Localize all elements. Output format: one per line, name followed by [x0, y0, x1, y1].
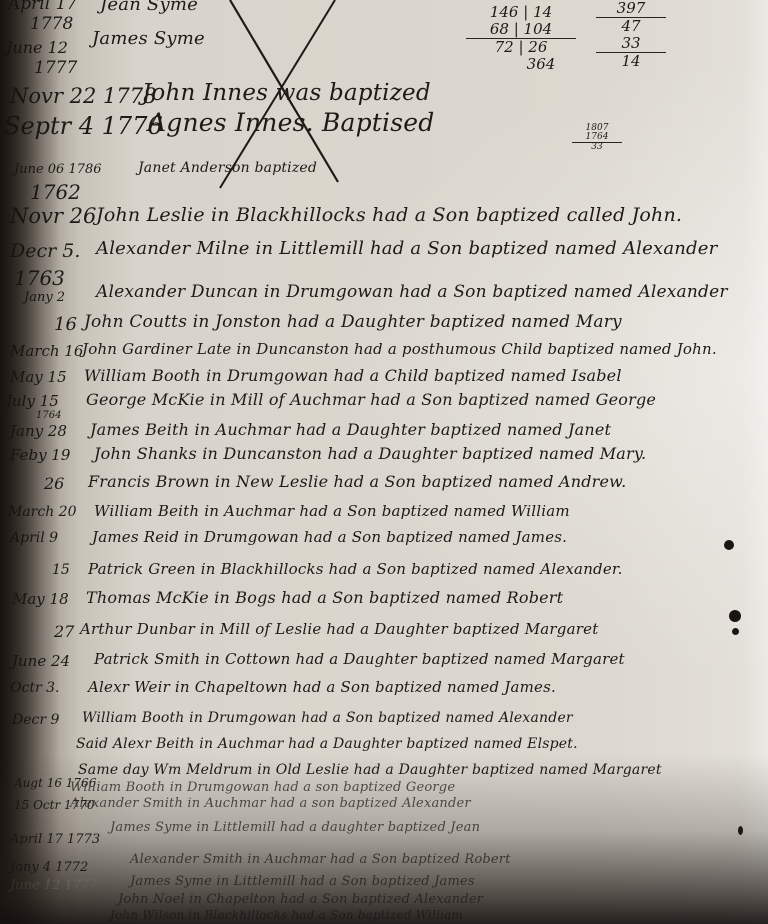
entry-text: John Coutts in Jonston had a Daughter ba… — [84, 312, 622, 332]
entry-date: 26 — [44, 474, 64, 493]
later-entry-text: Alexander Smith in Auchmar had a Son bap… — [130, 852, 511, 867]
calc-line: 146 | 14 — [490, 3, 552, 21]
calc-line: 364 — [527, 55, 556, 73]
entry-date: Decr 9 — [12, 712, 59, 728]
calc-line: 397 — [596, 0, 666, 17]
entry-date: May 15 — [10, 368, 67, 386]
top-entry-date: June 06 1786 — [14, 162, 102, 177]
manuscript-page: April 17 1778 Jean Syme June 12 1777 Jam… — [0, 0, 768, 924]
top-entry-text: James Syme — [92, 28, 205, 49]
entry-text: James Reid in Drumgowan had a Son baptiz… — [92, 528, 567, 546]
top-entry-text: Jean Syme — [100, 0, 198, 15]
ink-blot — [738, 826, 743, 835]
later-entry-date: June 12 1777 — [10, 878, 98, 893]
entry-date: June 24 — [12, 652, 70, 670]
ink-blot — [729, 610, 741, 622]
entry-date: Decr 5. — [10, 240, 80, 262]
calc-line: 33 — [572, 142, 622, 152]
calc-line: 1764 — [572, 133, 622, 142]
entry-text: William Booth in Drumgowan had a Son bap… — [82, 710, 573, 726]
entry-date: Jany 2 — [24, 290, 65, 305]
entry-text: Thomas McKie in Bogs had a Son baptized … — [86, 588, 563, 607]
entry-date: April 9 — [10, 530, 58, 546]
entry-text: Alexander Milne in Littlemill had a Son … — [96, 238, 717, 259]
entry-text: George McKie in Mill of Auchmar had a So… — [86, 390, 656, 409]
top-entry-date: Septr 4 1776 — [4, 112, 163, 140]
entry-text: William Booth in Drumgowan had a Child b… — [84, 366, 622, 385]
later-entry-text: James Syme in Littlemill had a daughter … — [110, 820, 480, 835]
entry-date: 15 — [52, 562, 70, 578]
calc-line: 72 | 26 — [495, 38, 548, 56]
entry-text: James Beith in Auchmar had a Daughter ba… — [90, 420, 611, 439]
ink-blot — [724, 540, 734, 550]
top-entry-date: Novr 22 1778 — [10, 84, 156, 108]
entry-text: Patrick Smith in Cottown had a Daughter … — [94, 650, 625, 668]
later-entry-text: James Syme in Littlemill had a Son bapti… — [130, 874, 475, 889]
calculation-right: 397 47 33 14 — [596, 0, 666, 70]
ink-blot — [732, 628, 739, 635]
entry-date: Octr 3. — [10, 680, 59, 696]
top-entry-text: Agnes Innes. Baptised — [148, 108, 434, 137]
entry-date: Feby 19 — [10, 446, 70, 464]
entry-date: March 20 — [8, 504, 77, 520]
later-entry-text: William Booth in Drumgowan had a son bap… — [70, 780, 455, 795]
top-entry-year: 1777 — [34, 58, 77, 78]
entry-text: Alexr Weir in Chapeltown had a Son bapti… — [88, 678, 556, 696]
top-entry-date: April 17 — [8, 0, 77, 14]
later-entry-text: John Noel in Chapelton had a Son baptize… — [118, 892, 483, 907]
entry-date: Jany 28 — [10, 422, 67, 440]
entry-year: 1764 — [36, 410, 61, 421]
calc-line: 47 — [596, 17, 666, 35]
calc-line: 14 — [596, 52, 666, 70]
entry-text: Alexander Duncan in Drumgowan had a Son … — [96, 282, 728, 302]
entry-text: John Shanks in Duncanston had a Daughter… — [94, 444, 646, 463]
entry-year: 1762 — [30, 180, 81, 204]
top-entry-date: June 12 — [6, 38, 68, 57]
calculation-left: 146 | 14 68 | 104 72 | 26 364 — [466, 4, 576, 73]
entry-text: John Leslie in Blackhillocks had a Son b… — [96, 204, 682, 226]
top-entry-year: 1778 — [30, 14, 73, 34]
entry-text: William Beith in Auchmar had a Son bapti… — [94, 502, 570, 520]
calc-line: 33 — [596, 35, 666, 52]
later-entry-date: April 17 1773 — [10, 832, 100, 847]
entry-date: 27 — [54, 622, 74, 641]
entry-year: 1763 — [14, 266, 65, 290]
entry-text: Said Alexr Beith in Auchmar had a Daught… — [76, 736, 578, 752]
entry-text: Francis Brown in New Leslie had a Son ba… — [88, 472, 626, 491]
entry-date: 16 — [54, 314, 77, 335]
entry-date: May 18 — [12, 590, 69, 608]
later-entry-text: Alexander Smith in Auchmar had a son bap… — [70, 796, 471, 811]
later-entry-text: John Wilson in Blackhillocks had a Son b… — [110, 908, 463, 922]
entry-date: Novr 26 — [10, 204, 96, 228]
top-entry-text: John Innes was baptized — [142, 80, 431, 106]
top-entry-text: Janet Anderson baptized — [138, 160, 317, 176]
entry-date: July 15 — [6, 392, 59, 410]
entry-text: Same day Wm Meldrum in Old Leslie had a … — [78, 762, 662, 778]
entry-text: John Gardiner Late in Duncanston had a p… — [82, 340, 717, 358]
calculation-bottom: 1807 1764 33 — [572, 124, 622, 152]
entry-text: Arthur Dunbar in Mill of Leslie had a Da… — [80, 620, 598, 638]
calc-line: 68 | 104 — [490, 20, 552, 38]
entry-date: March 16 — [10, 342, 83, 360]
later-entry-date: Jany 4 1772 — [10, 860, 88, 875]
entry-text: Patrick Green in Blackhillocks had a Son… — [88, 560, 623, 578]
